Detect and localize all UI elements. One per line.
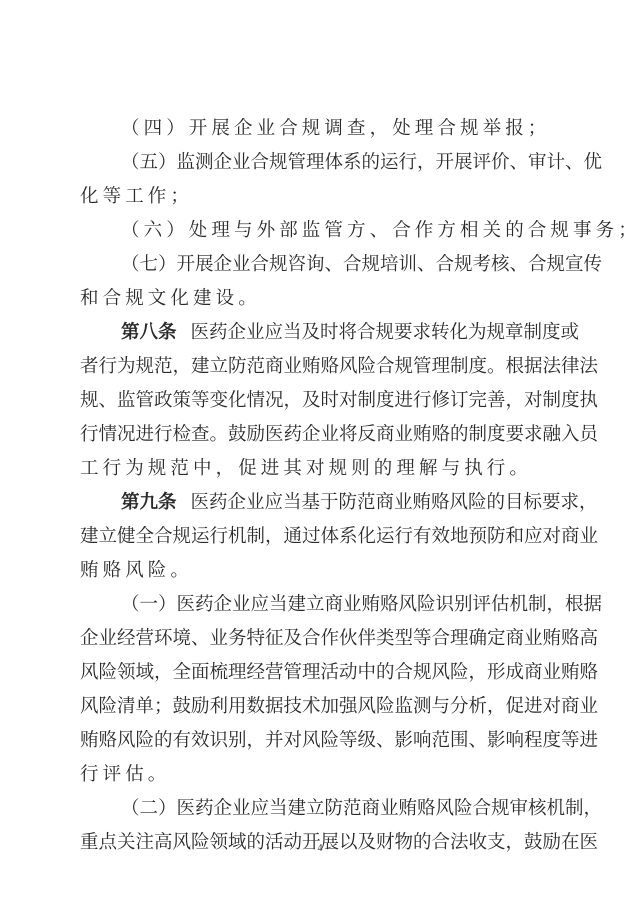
article-8-label: 第八条 bbox=[121, 322, 177, 343]
text-line: 和合规文化建设。 bbox=[80, 282, 562, 316]
text-line: 贿赂风险的有效识别，并对风险等级、影响范围、影响程度等进 bbox=[80, 724, 562, 758]
text-line: 风险清单；鼓励利用数据技术加强风险监测与分析，促进对商业 bbox=[80, 690, 562, 724]
page-number: — 4 — bbox=[0, 843, 640, 854]
text-line: （一）医药企业应当建立商业贿赂风险识别评估机制，根据 bbox=[80, 588, 562, 622]
text-line: 行情况进行检查。鼓励医药企业将反商业贿赂的制度要求融入员 bbox=[80, 418, 562, 452]
text-line: 行评估。 bbox=[80, 758, 562, 792]
article-9-label: 第九条 bbox=[121, 492, 177, 513]
text-line: （四）开展企业合规调查，处理合规举报； bbox=[80, 112, 562, 146]
text-line: 医药企业应当基于防范商业贿赂风险的目标要求， bbox=[191, 492, 598, 513]
text-line: 企业经营环境、业务特征及合作伙伴类型等合理确定商业贿赂高 bbox=[80, 622, 562, 656]
text-line: 贿赂风险。 bbox=[80, 554, 562, 588]
document-body: （四）开展企业合规调查，处理合规举报； （五）监测企业合规管理体系的运行，开展评… bbox=[80, 112, 562, 860]
text-line: 风险领域，全面梳理经营管理活动中的合规风险，形成商业贿赂 bbox=[80, 656, 562, 690]
text-line: 工行为规范中，促进其对规则的理解与执行。 bbox=[80, 452, 562, 486]
text-line: 规、监管政策等变化情况，及时对制度进行修订完善，对制度执 bbox=[80, 384, 562, 418]
article-8-heading-line: 第八条医药企业应当及时将合规要求转化为规章制度或 bbox=[80, 316, 562, 350]
text-line: （六）处理与外部监管方、合作方相关的合规事务； bbox=[80, 214, 562, 248]
text-line: （七）开展企业合规咨询、合规培训、合规考核、合规宣传 bbox=[80, 248, 562, 282]
text-line: （五）监测企业合规管理体系的运行，开展评价、审计、优 bbox=[80, 146, 562, 180]
text-line: 化等工作； bbox=[80, 180, 562, 214]
text-line: （二）医药企业应当建立防范商业贿赂风险合规审核机制， bbox=[80, 792, 562, 826]
text-line: 医药企业应当及时将合规要求转化为规章制度或 bbox=[191, 322, 580, 343]
article-9-heading-line: 第九条医药企业应当基于防范商业贿赂风险的目标要求， bbox=[80, 486, 562, 520]
text-line: 者行为规范，建立防范商业贿赂风险合规管理制度。根据法律法 bbox=[80, 350, 562, 384]
text-line: 建立健全合规运行机制，通过体系化运行有效地预防和应对商业 bbox=[80, 520, 562, 554]
